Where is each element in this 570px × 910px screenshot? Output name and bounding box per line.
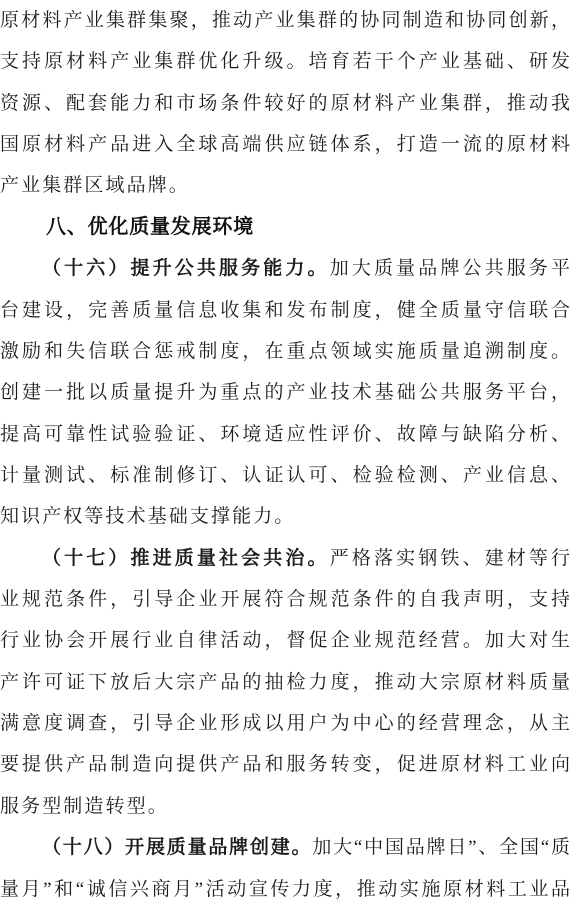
- text-line: 支持原材料产业集群优化升级。培育若干个产业基础、研发: [0, 41, 570, 82]
- paragraph-text: 服务型制造转型。: [0, 796, 169, 817]
- document-page: 原材料产业集群集聚，推动产业集群的协同制造和协同创新，支持原材料产业集群优化升级…: [0, 0, 570, 910]
- paragraph-text: 资源、配套能力和市场条件较好的原材料产业集群，推动我: [0, 93, 570, 114]
- paragraph-text: 行业协会开展行业自律活动，督促企业规范经营。加大对生: [0, 630, 570, 651]
- paragraph-text: 加大质量品牌公共服务平: [330, 258, 570, 279]
- text-line: 知识产权等技术基础支撑能力。: [0, 496, 570, 537]
- paragraph-text: 提高可靠性试验验证、环境适应性评价、故障与缺陷分析、: [0, 424, 570, 445]
- text-line: （十六）提升公共服务能力。加大质量品牌公共服务平: [0, 248, 570, 289]
- paragraph-lead-text: （十八）开展质量品牌创建。: [42, 837, 312, 858]
- text-line: 要提供产品制造向提供产品和服务转变，促进原材料工业向: [0, 744, 570, 785]
- paragraph-lead-text: （十六）提升公共服务能力。: [42, 258, 330, 279]
- paragraph-text: 严格落实钢铁、建材等行: [330, 548, 570, 569]
- paragraph-lead-text: 八、优化质量发展环境: [46, 216, 254, 238]
- paragraph-text: 台建设，完善质量信息收集和发布制度，健全质量守信联合: [0, 300, 570, 321]
- document-body: 原材料产业集群集聚，推动产业集群的协同制造和协同创新，支持原材料产业集群优化升级…: [0, 0, 570, 910]
- paragraph-text: 计量测试、标准制修订、认证认可、检验检测、产业信息、: [0, 465, 570, 486]
- text-line: 台建设，完善质量信息收集和发布制度，健全质量守信联合: [0, 290, 570, 331]
- text-line: 业规范条件，引导企业开展符合规范条件的自我声明，支持: [0, 579, 570, 620]
- text-line: （十八）开展质量品牌创建。加大“中国品牌日”、全国“质: [0, 827, 570, 868]
- text-line: 原材料产业集群集聚，推动产业集群的协同制造和协同创新，: [0, 0, 570, 41]
- paragraph-text: 国原材料产品进入全球高端供应链体系，打造一流的原材料: [0, 134, 570, 155]
- text-line: 服务型制造转型。: [0, 786, 570, 827]
- paragraph-text: 满意度调查，引导企业形成以用户为中心的经营理念，从主: [0, 713, 570, 734]
- text-line: 创建一批以质量提升为重点的产业技术基础公共服务平台，: [0, 372, 570, 413]
- text-line: 国原材料产品进入全球高端供应链体系，打造一流的原材料: [0, 124, 570, 165]
- text-line: 满意度调查，引导企业形成以用户为中心的经营理念，从主: [0, 703, 570, 744]
- paragraph-text: 加大“中国品牌日”、全国“质: [312, 837, 570, 858]
- text-line: 资源、配套能力和市场条件较好的原材料产业集群，推动我: [0, 83, 570, 124]
- paragraph-lead-text: （十七）推进质量社会共治。: [42, 548, 330, 569]
- text-line: 提高可靠性试验验证、环境适应性评价、故障与缺陷分析、: [0, 414, 570, 455]
- paragraph-text: 产许可证下放后大宗产品的抽检力度，推动大宗原材料质量: [0, 672, 570, 693]
- text-line: 量月”和“诚信兴商月”活动宣传力度，推动实施原材料工业品: [0, 869, 570, 910]
- paragraph-text: 激励和失信联合惩戒制度，在重点领域实施质量追溯制度。: [0, 341, 570, 362]
- text-line: 产业集群区域品牌。: [0, 165, 570, 206]
- text-line: 行业协会开展行业自律活动，督促企业规范经营。加大对生: [0, 620, 570, 661]
- text-line: 计量测试、标准制修订、认证认可、检验检测、产业信息、: [0, 455, 570, 496]
- paragraph-text: 业规范条件，引导企业开展符合规范条件的自我声明，支持: [0, 589, 570, 610]
- paragraph-text: 创建一批以质量提升为重点的产业技术基础公共服务平台，: [0, 382, 570, 403]
- text-line: （十七）推进质量社会共治。严格落实钢铁、建材等行: [0, 538, 570, 579]
- paragraph-text: 产业集群区域品牌。: [0, 175, 190, 196]
- text-line: 激励和失信联合惩戒制度，在重点领域实施质量追溯制度。: [0, 331, 570, 372]
- text-line: 产许可证下放后大宗产品的抽检力度，推动大宗原材料质量: [0, 662, 570, 703]
- paragraph-text: 支持原材料产业集群优化升级。培育若干个产业基础、研发: [0, 51, 570, 72]
- section-heading: 八、优化质量发展环境: [0, 207, 570, 248]
- paragraph-text: 要提供产品制造向提供产品和服务转变，促进原材料工业向: [0, 754, 570, 775]
- paragraph-text: 量月”和“诚信兴商月”活动宣传力度，推动实施原材料工业品: [0, 879, 570, 900]
- paragraph-text: 知识产权等技术基础支撑能力。: [0, 506, 295, 527]
- paragraph-text: 原材料产业集群集聚，推动产业集群的协同制造和协同创新，: [0, 10, 570, 31]
